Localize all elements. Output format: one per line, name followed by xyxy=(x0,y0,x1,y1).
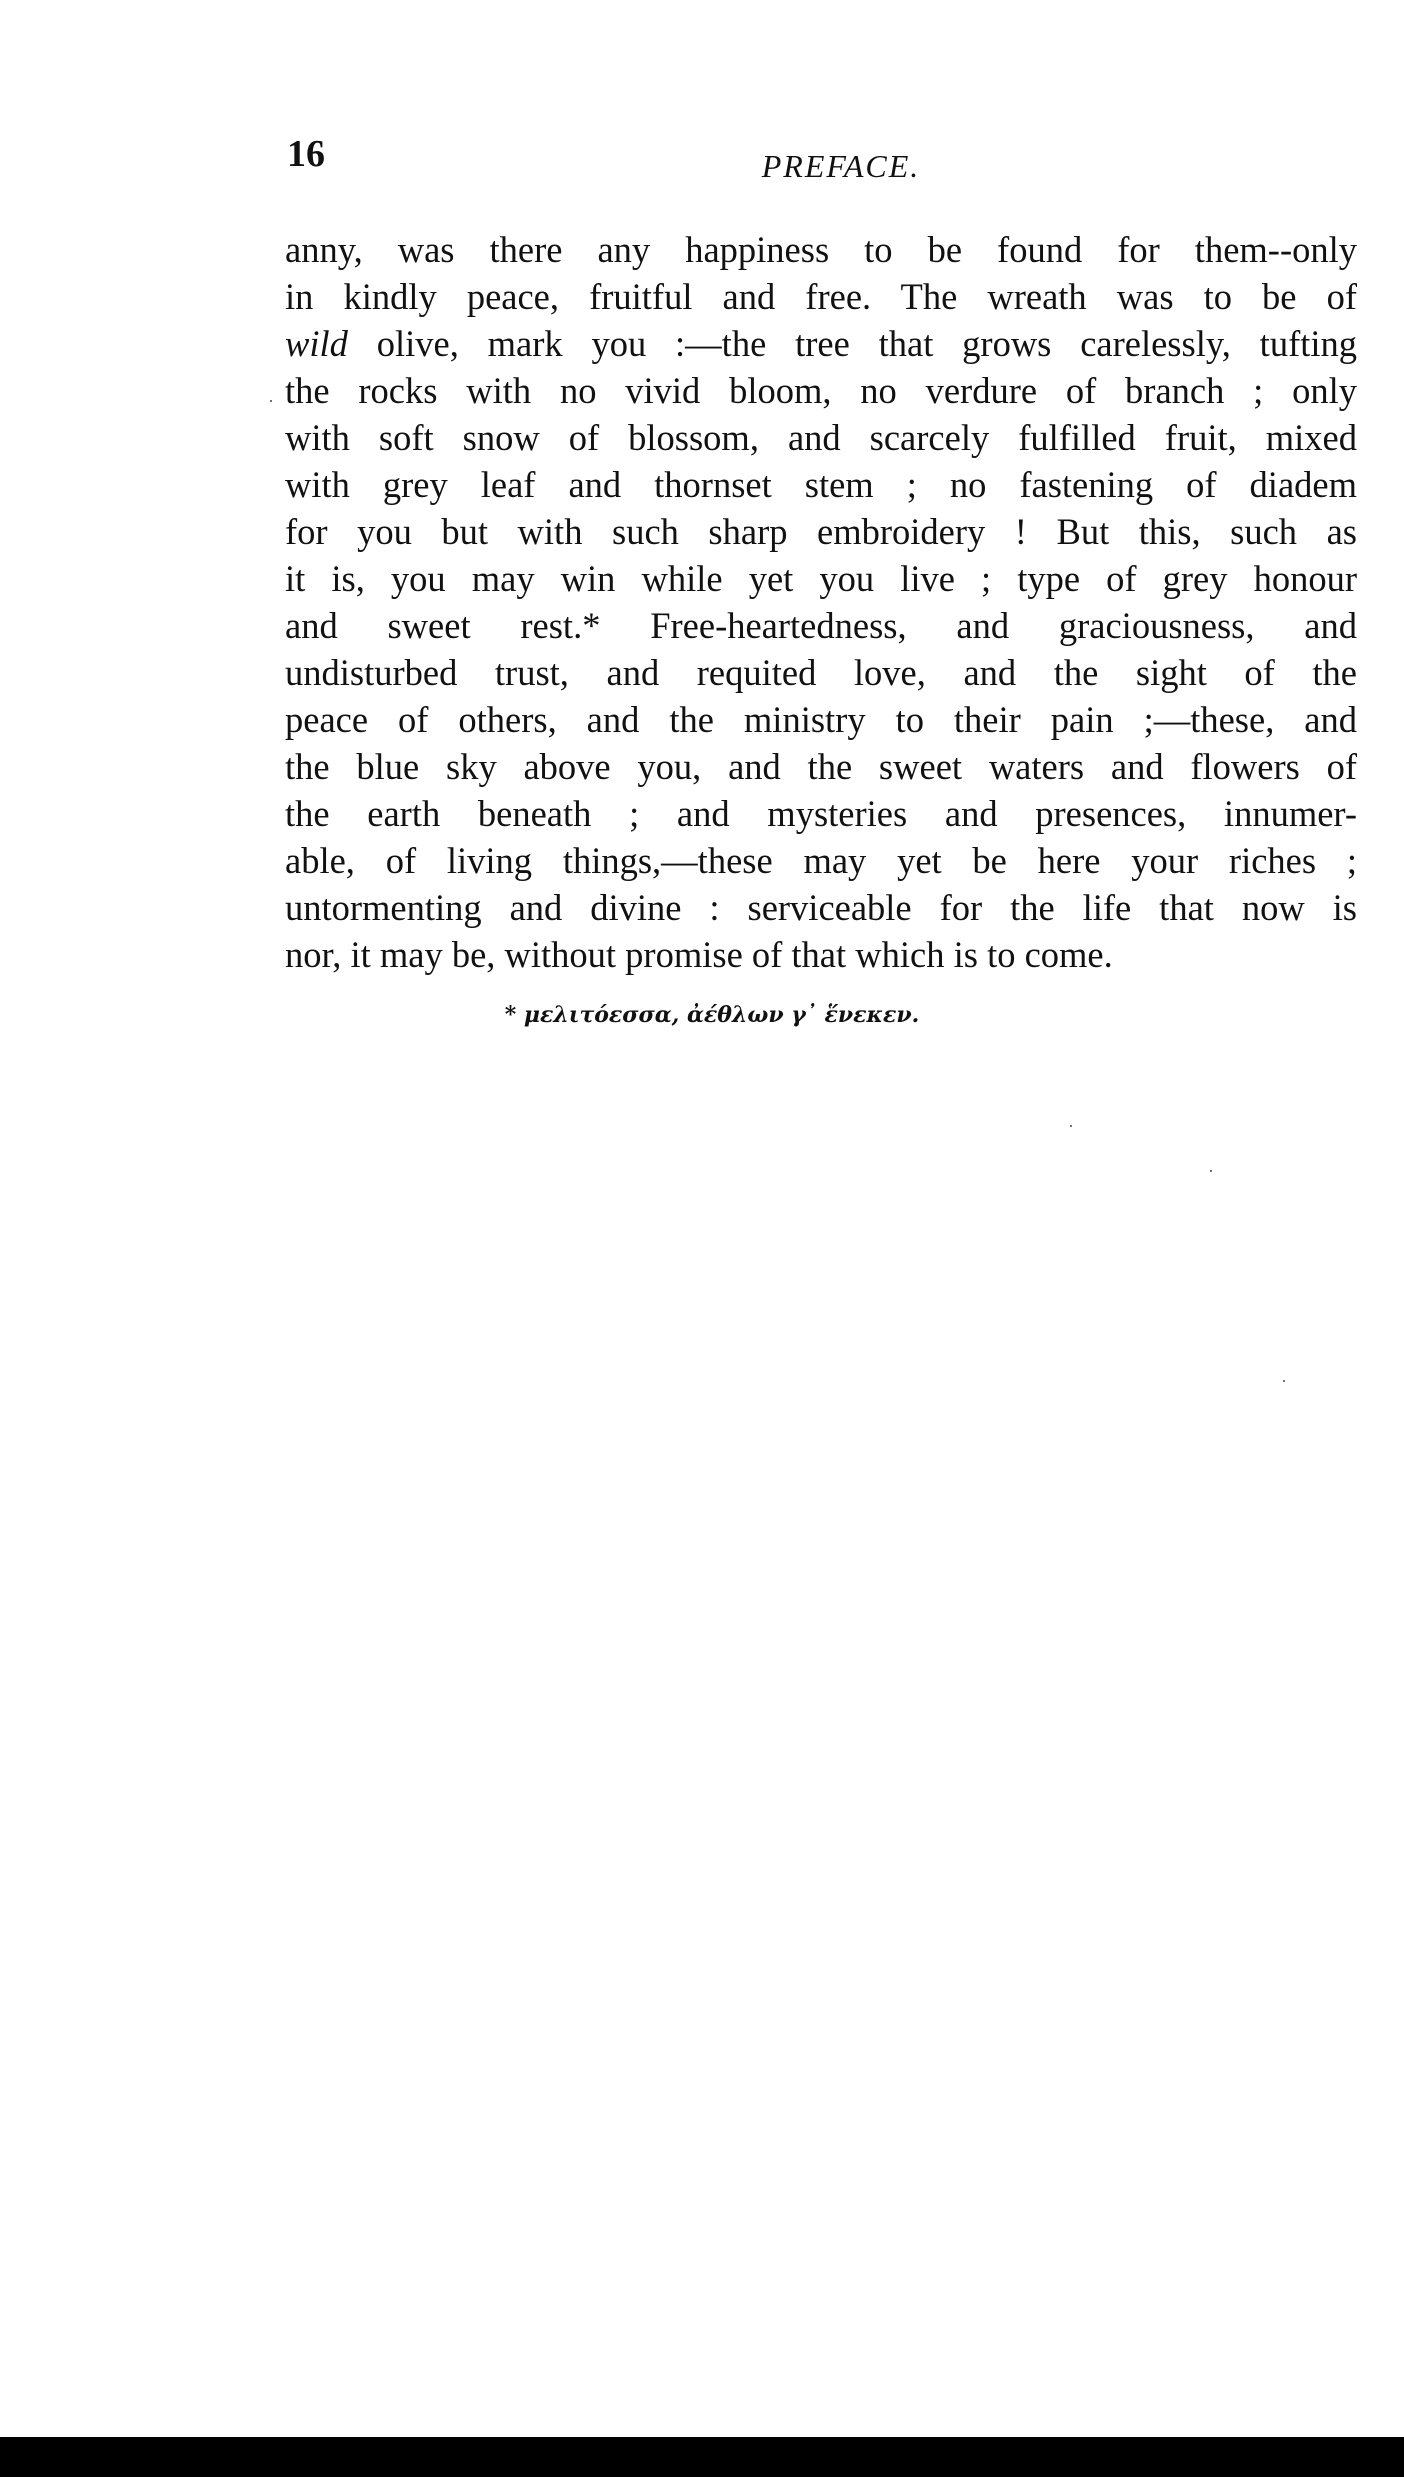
text-line-rest: olive, mark you :—the tree that grows ca… xyxy=(377,323,1357,364)
text-line: in kindly peace, fruitful and free. The … xyxy=(285,273,1357,320)
scan-speck xyxy=(1283,1380,1285,1382)
text-line: the blue sky above you, and the sweet wa… xyxy=(285,743,1357,790)
running-head: 16 PREFACE. xyxy=(285,132,1357,182)
running-title: PREFACE. xyxy=(285,146,1357,186)
text-line: and sweet rest.* Free-heartedness, and g… xyxy=(285,602,1357,649)
greek-footnote: * μελιτόεσσα, ἀέθλων γ᾽ ἕνεκεν. xyxy=(0,1000,1404,1030)
italic-word: wild xyxy=(285,323,348,364)
text-line: the earth beneath ; and mysteries and pr… xyxy=(285,790,1357,837)
text-line: it is, you may win while yet you live ; … xyxy=(285,555,1357,602)
text-line: nor, it may be, without promise of that … xyxy=(285,931,1357,978)
scan-border-bottom xyxy=(0,2437,1404,2477)
scan-speck xyxy=(1070,1125,1072,1127)
scan-speck xyxy=(1210,1170,1212,1172)
text-line: undisturbed trust, and requited love, an… xyxy=(285,649,1357,696)
text-line: anny, was there any happiness to be foun… xyxy=(285,226,1357,273)
preface-paragraph: anny, was there any happiness to be foun… xyxy=(285,226,1357,978)
text-line: with grey leaf and thornset stem ; no fa… xyxy=(285,461,1357,508)
text-line-with-italic: wild olive, mark you :—the tree that gro… xyxy=(285,320,1357,367)
text-line: able, of living things,—these may yet be… xyxy=(285,837,1357,884)
text-line: peace of others, and the ministry to the… xyxy=(285,696,1357,743)
text-line: for you but with such sharp embroidery !… xyxy=(285,508,1357,555)
text-line: untormenting and divine : serviceable fo… xyxy=(285,884,1357,931)
book-page: 16 PREFACE. anny, was there any happines… xyxy=(0,0,1404,2437)
text-line: with soft snow of blossom, and scarcely … xyxy=(285,414,1357,461)
text-line: the rocks with no vivid bloom, no verdur… xyxy=(285,367,1357,414)
scan-speck xyxy=(270,400,272,402)
